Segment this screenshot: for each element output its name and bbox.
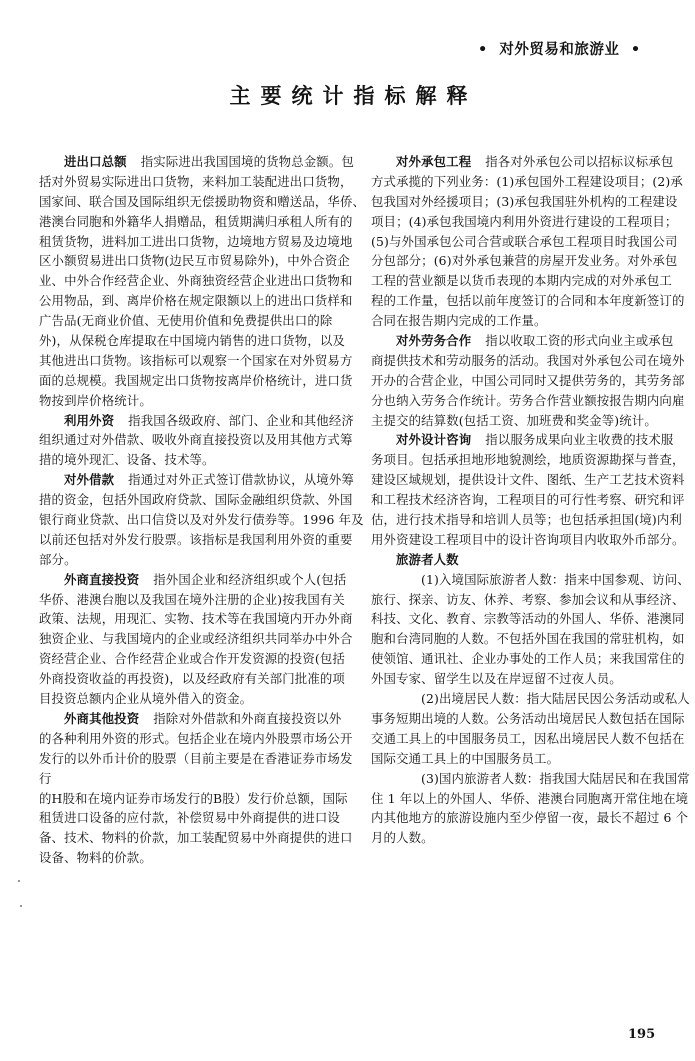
definition-line: 行 bbox=[39, 769, 345, 789]
definition-line: 外商投资收益的再投资)，以及经政府有关部门批准的项 bbox=[39, 669, 345, 689]
bullet-left: • bbox=[478, 42, 488, 58]
definition-term: 利用外资 bbox=[64, 413, 114, 428]
scan-speck bbox=[18, 880, 20, 882]
definition-line: 外)，从保税仓库提取在中国境内销售的进口货物，以及 bbox=[39, 331, 345, 351]
definition-text: 指除对外借款和外商直接投资以外 bbox=[153, 711, 341, 726]
definition-line: (2)出境居民人数：指大陆居民因公务活动或私人 bbox=[371, 689, 677, 709]
definition-entry: 对外劳务合作指以收取工资的形式向业主或承包商提供技术和劳动服务的活动。我国对外承… bbox=[371, 331, 677, 430]
definition-line: 估，进行技术指导和培训人员等；也包括承担国(境)内利 bbox=[371, 510, 677, 530]
definition-entry: 对外承包工程指各对外承包公司以招标议标承包方式承揽的下列业务：(1)承包国外工程… bbox=[371, 152, 677, 331]
definition-line: 使领馆、通讯社、企业办事处的工作人员；来我国常住的 bbox=[371, 649, 677, 669]
left-column: 进出口总额指实际进出我国国境的货物总金额。包括对外贸易实际进出口货物，来料加工装… bbox=[39, 152, 345, 868]
definition-entry: 外商直接投资指外国企业和经济组织或个人(包括华侨、港澳台胞以及我国在境外注册的企… bbox=[39, 570, 345, 709]
definition-line: 对外借款指通过对外正式签订借款协议，从境外筹 bbox=[39, 470, 345, 490]
right-column: 对外承包工程指各对外承包公司以招标议标承包方式承揽的下列业务：(1)承包国外工程… bbox=[371, 152, 677, 848]
definition-line: 包我国对外经援项目；(3)承包我国驻外机构的工程建设 bbox=[371, 192, 677, 212]
definition-text: 指外国企业和经济组织或个人(包括 bbox=[153, 572, 346, 587]
definition-line: 的H股和在境内证券市场发行的B股）发行价总额，国际 bbox=[39, 789, 345, 809]
page-number: 195 bbox=[628, 1027, 655, 1042]
definition-line: 外国专家、留学生以及在岸逗留不过夜人员。 bbox=[371, 669, 677, 689]
definition-entry: 对外设计咨询指以服务成果向业主收费的技术服务项目。包括承担地形地貌测绘，地质资源… bbox=[371, 430, 677, 549]
definition-line: 商提供技术和劳动服务的活动。我国对外承包公司在境外 bbox=[371, 351, 677, 371]
definition-line: 设备、物料的价款。 bbox=[39, 848, 345, 868]
definition-line: 港澳台同胞和外籍华人捐赠品，租赁期满归承租人所有的 bbox=[39, 212, 345, 232]
definition-line: 措的境外现汇、设备、技术等。 bbox=[39, 450, 345, 470]
definition-line: 月的人数。 bbox=[371, 828, 677, 848]
definition-line: 内其他地方的旅游设施内至少停留一夜，最长不超过 6 个 bbox=[371, 808, 677, 828]
definition-text: 指以收取工资的形式向业主或承包 bbox=[485, 333, 673, 348]
definition-line: 组织通过对外借款、吸收外商直接投资以及用其他方式筹 bbox=[39, 430, 345, 450]
definition-term: 对外借款 bbox=[64, 472, 114, 487]
definition-line: 对外劳务合作指以收取工资的形式向业主或承包 bbox=[371, 331, 677, 351]
definition-line: (3)国内旅游者人数：指我国大陆居民和在我国常 bbox=[371, 769, 677, 789]
definition-line: 政策、法规，用现汇、实物、技术等在我国境内开办外商 bbox=[39, 609, 345, 629]
definition-term: 对外劳务合作 bbox=[396, 333, 471, 348]
scan-speck bbox=[20, 905, 22, 907]
definition-line: 外商直接投资指外国企业和经济组织或个人(包括 bbox=[39, 570, 345, 590]
definition-term: 外商其他投资 bbox=[64, 711, 139, 726]
definition-entry: 旅游者人数 bbox=[371, 550, 677, 570]
running-header: • 对外贸易和旅游业 • bbox=[472, 38, 682, 59]
definition-line: 的各种利用外资的形式。包括企业在境内外股票市场公开 bbox=[39, 729, 345, 749]
definition-line: 建设区域规划，提供设计文件、图纸、生产工艺技术资料 bbox=[371, 470, 677, 490]
definition-line: 备、技术、物料的价款，加工装配贸易中外商提供的进口 bbox=[39, 828, 345, 848]
definition-line: 独资企业、与我国境内的企业或经济组织共同举办中外合 bbox=[39, 629, 345, 649]
definition-line: 利用外资指我国各级政府、部门、企业和其他经济 bbox=[39, 411, 345, 431]
definition-term: 对外设计咨询 bbox=[396, 432, 471, 447]
definition-line: 面的总规模。我国规定出口货物按离岸价格统计，进口货 bbox=[39, 371, 345, 391]
definition-line: 对外设计咨询指以服务成果向业主收费的技术服 bbox=[371, 430, 677, 450]
definition-term: 外商直接投资 bbox=[64, 572, 139, 587]
definition-line: 主提交的结算数(包括工资、加班费和奖金等)统计。 bbox=[371, 411, 677, 431]
definition-entry: 进出口总额指实际进出我国国境的货物总金额。包括对外贸易实际进出口货物，来料加工装… bbox=[39, 152, 345, 411]
definition-line: 物按到岸价格统计。 bbox=[39, 391, 345, 411]
definition-line: 开办的合营企业，中国公司同时又提供劳务的，其劳务部 bbox=[371, 371, 677, 391]
definition-line: 发行的以外币计价的股票（目前主要是在香港证券市场发 bbox=[39, 749, 345, 769]
definition-text: 指以服务成果向业主收费的技术服 bbox=[485, 432, 673, 447]
definition-line: 用外资建设工程项目中的设计咨询项目内收取外币部分。 bbox=[371, 530, 677, 550]
definition-line: 措的资金，包括外国政府贷款、国际金融组织贷款、外国 bbox=[39, 490, 345, 510]
definition-line: 资经营企业、合作经营企业或合作开发资源的投资(包括 bbox=[39, 649, 345, 669]
definition-line: 合同在报告期内完成的工作量。 bbox=[371, 311, 677, 331]
definition-line: 分包部分；(6)对外承包兼营的房屋开发业务。对外承包 bbox=[371, 251, 677, 271]
definition-line: 括对外贸易实际进出口货物，来料加工装配进出口货物， bbox=[39, 172, 345, 192]
definition-line: 务项目。包括承担地形地貌测绘，地质资源勘探与普查， bbox=[371, 450, 677, 470]
definition-line: 租赁货物，进料加工进出口货物，边境地方贸易及边境地 bbox=[39, 232, 345, 252]
definition-entry: 对外借款指通过对外正式签订借款协议，从境外筹措的资金，包括外国政府贷款、国际金融… bbox=[39, 470, 345, 569]
definition-entry: 外商其他投资指除对外借款和外商直接投资以外的各种利用外资的形式。包括企业在境内外… bbox=[39, 709, 345, 868]
definition-line: (5)与外国承包公司合营或联合承包工程项目时我国公司 bbox=[371, 232, 677, 252]
definition-text: 指各对外承包公司以招标议标承包 bbox=[485, 154, 673, 169]
definition-line: 广告品(无商业价值、无使用价值和免费提供出口的除 bbox=[39, 311, 345, 331]
definition-line: 和工程技术经济咨询，工程项目的可行性考察、研究和评 bbox=[371, 490, 677, 510]
definition-entry: (1)入境国际旅游者人数：指来中国参观、访问、旅行、探亲、访友、休养、考察、参加… bbox=[371, 570, 677, 689]
definition-line: 分也纳入劳务合作统计。劳务合作营业额按报告期内向雇 bbox=[371, 391, 677, 411]
definition-line: (1)入境国际旅游者人数：指来中国参观、访问、 bbox=[371, 570, 677, 590]
definition-entry: (3)国内旅游者人数：指我国大陆居民和在我国常住 1 年以上的外国人、华侨、港澳… bbox=[371, 769, 677, 849]
definition-entry: 利用外资指我国各级政府、部门、企业和其他经济组织通过对外借款、吸收外商直接投资以… bbox=[39, 411, 345, 471]
definition-entry: (2)出境居民人数：指大陆居民因公务活动或私人事务短期出境的人数。公务活动出境居… bbox=[371, 689, 677, 769]
definition-term: 进出口总额 bbox=[64, 154, 127, 169]
definition-line: 国家间、联合国及国际组织无偿援助物资和赠送品，华侨、 bbox=[39, 192, 345, 212]
definition-line: 租赁进口设备的应付款，补偿贸易中外商提供的进口设 bbox=[39, 808, 345, 828]
definition-line: 进出口总额指实际进出我国国境的货物总金额。包 bbox=[39, 152, 345, 172]
definition-line: 旅游者人数 bbox=[371, 550, 677, 570]
definition-line: 业、中外合作经营企业、外商独资经营企业进出口货物和 bbox=[39, 271, 345, 291]
definition-line: 交通工具上的中国服务员工，因私出境居民人数不包括在 bbox=[371, 729, 677, 749]
definition-line: 华侨、港澳台胞以及我国在境外注册的企业)按我国有关 bbox=[39, 590, 345, 610]
definition-line: 工程的营业额是以货币表现的本期内完成的对外承包工 bbox=[371, 271, 677, 291]
definition-text: 指我国各级政府、部门、企业和其他经济 bbox=[128, 413, 354, 428]
definition-line: 旅行、探亲、访友、休养、考察、参加会议和从事经济、 bbox=[371, 590, 677, 610]
definition-term: 旅游者人数 bbox=[396, 552, 459, 567]
definition-line: 其他进出口货物。该指标可以观察一个国家在对外贸易方 bbox=[39, 351, 345, 371]
bullet-right: • bbox=[631, 42, 641, 58]
definition-line: 区小额贸易进出口货物(边民互市贸易除外)，中外合资企 bbox=[39, 251, 345, 271]
definition-line: 目投资总额内企业从境外借入的资金。 bbox=[39, 689, 345, 709]
page-title: 主要统计指标解释 bbox=[0, 80, 695, 110]
definition-line: 科技、文化、教育、宗教等活动的外国人、华侨、港澳同 bbox=[371, 609, 677, 629]
definition-line: 公用物品，到、离岸价格在规定限额以上的进出口货样和 bbox=[39, 291, 345, 311]
definition-line: 以前还包括对外发行股票。该指标是我国利用外资的重要 bbox=[39, 530, 345, 550]
definition-line: 部分。 bbox=[39, 550, 345, 570]
definition-line: 胞和台湾同胞的人数。不包括外国在我国的常驻机构，如 bbox=[371, 629, 677, 649]
definition-line: 项目；(4)承包我国境内利用外资进行建设的工程项目； bbox=[371, 212, 677, 232]
running-header-text: 对外贸易和旅游业 bbox=[499, 42, 619, 58]
definition-line: 对外承包工程指各对外承包公司以招标议标承包 bbox=[371, 152, 677, 172]
definition-line: 银行商业贷款、出口信贷以及对外发行债券等。1996 年及 bbox=[39, 510, 345, 530]
definition-text: 指实际进出我国国境的货物总金额。包 bbox=[141, 154, 354, 169]
definition-line: 外商其他投资指除对外借款和外商直接投资以外 bbox=[39, 709, 345, 729]
definition-line: 程的工作量，包括以前年度签订的合同和本年度新签订的 bbox=[371, 291, 677, 311]
definition-line: 方式承揽的下列业务：(1)承包国外工程建设项目；(2)承 bbox=[371, 172, 677, 192]
definition-line: 住 1 年以上的外国人、华侨、港澳台同胞离开常住地在境 bbox=[371, 789, 677, 809]
definition-text: 指通过对外正式签订借款协议，从境外筹 bbox=[128, 472, 354, 487]
definition-line: 国际交通工具上的中国服务员工。 bbox=[371, 749, 677, 769]
definition-term: 对外承包工程 bbox=[396, 154, 471, 169]
definition-line: 事务短期出境的人数。公务活动出境居民人数包括在国际 bbox=[371, 709, 677, 729]
